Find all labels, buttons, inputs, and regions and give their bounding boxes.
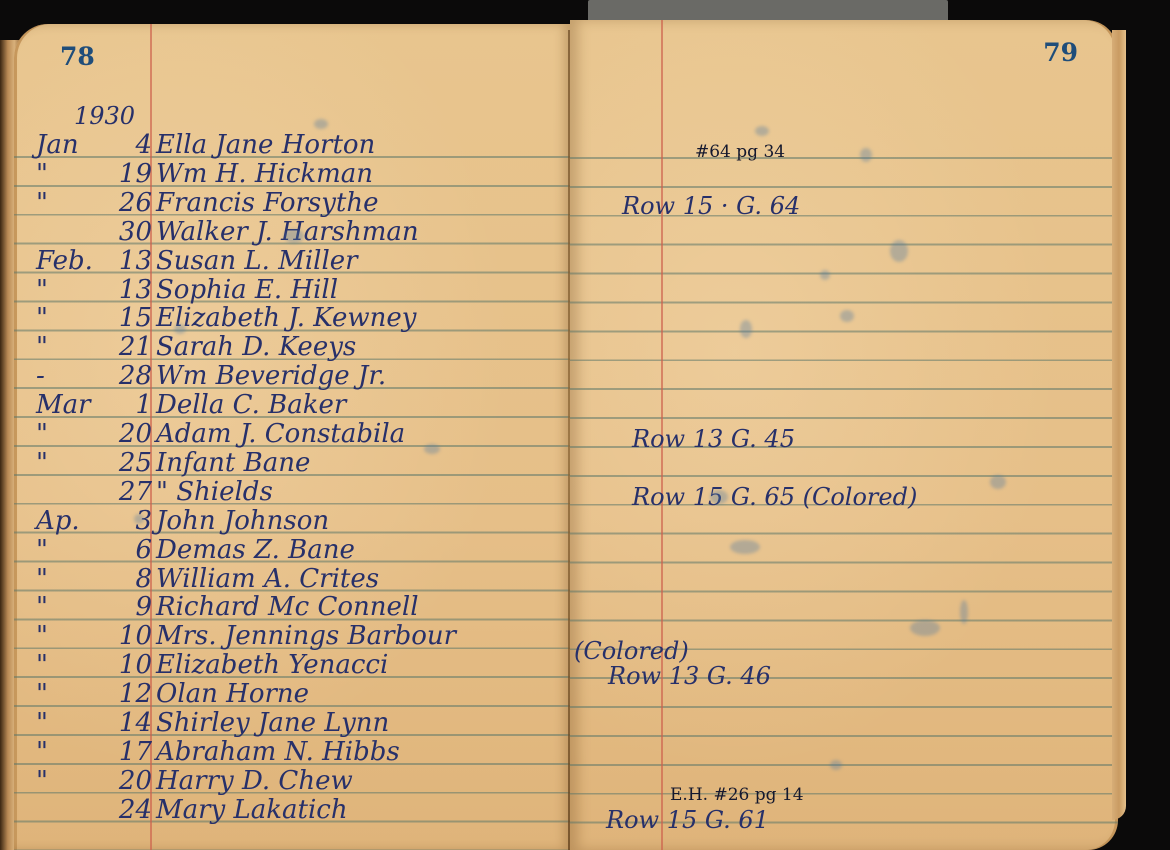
entry-day: 13	[92, 276, 152, 305]
entry-name: Harry D. Chew	[156, 767, 353, 796]
entry-day: 20	[92, 767, 152, 796]
entry-day: 24	[92, 796, 152, 825]
entry-name: Susan L. Miller	[156, 247, 358, 276]
grave-location-note: Row 15 G. 65 (Colored)	[632, 483, 917, 511]
grave-location-note: Row 13 G. 45	[632, 425, 795, 453]
entry-name: Infant Bane	[156, 449, 310, 478]
page-edges-right	[1112, 30, 1126, 820]
entry-day: 6	[92, 536, 152, 565]
entry-day: 21	[92, 333, 152, 362]
entry-day: 8	[92, 565, 152, 594]
page-number: 79	[1043, 38, 1078, 67]
background-object	[588, 0, 948, 22]
entry-name: Sophia E. Hill	[156, 276, 338, 305]
grave-location-note: Row 15 · G. 64	[622, 192, 800, 220]
entry-name: Elizabeth Yenacci	[156, 651, 388, 680]
entry-name: Sarah D. Keeys	[156, 333, 356, 362]
annotation-colored: (Colored)	[574, 637, 689, 665]
entry-day: 10	[92, 622, 152, 651]
entry-name: Abraham N. Hibbs	[156, 738, 400, 767]
entry-day: 20	[92, 420, 152, 449]
entry-day: 9	[92, 593, 152, 622]
entry-name: Elizabeth J. Kewney	[156, 304, 416, 333]
ledger-page-right: 79 #64 pg 34 Row 15 · G. 64 Row 13 G. 45…	[570, 20, 1118, 850]
entry-name: Ella Jane Horton	[156, 131, 375, 160]
entry-day: 27	[92, 478, 152, 507]
reference-note: #64 pg 34	[695, 142, 785, 162]
entry-name: Francis Forsythe	[156, 189, 379, 218]
entry-name: Demas Z. Bane	[156, 536, 355, 565]
entry-name: Wm Beveridge Jr.	[156, 362, 386, 391]
entry-day: 10	[92, 651, 152, 680]
entry-day: 4	[92, 131, 152, 160]
entry-day: 14	[92, 709, 152, 738]
reference-note: E.H. #26 pg 14	[670, 785, 804, 805]
entry-day: 30	[92, 218, 152, 247]
year-heading: 1930	[74, 102, 135, 130]
entry-name: John Johnson	[156, 507, 329, 536]
entry-day: 28	[92, 362, 152, 391]
page-number: 78	[60, 42, 95, 71]
entry-day: 17	[92, 738, 152, 767]
entry-name: William A. Crites	[156, 565, 379, 594]
entry-day: 15	[92, 304, 152, 333]
entry-name: Mrs. Jennings Barbour	[156, 622, 456, 651]
entry-name: Wm H. Hickman	[156, 160, 373, 189]
entry-name: Shirley Jane Lynn	[156, 709, 389, 738]
entry-day: 19	[92, 160, 152, 189]
entry-day: 1	[92, 391, 152, 420]
entry-name: Mary Lakatich	[156, 796, 348, 825]
grave-location-note: Row 15 G. 61	[606, 806, 769, 834]
grave-location-note: Row 13 G. 46	[608, 662, 771, 690]
entry-day: 25	[92, 449, 152, 478]
entry-day: 12	[92, 680, 152, 709]
ledger-page-left: 78 1930 Jan4Ella Jane Horton"19Wm H. Hic…	[14, 24, 570, 850]
entry-day: 26	[92, 189, 152, 218]
entry-day: 13	[92, 247, 152, 276]
entry-name: Adam J. Constabila	[156, 420, 405, 449]
entry-name: Richard Mc Connell	[156, 593, 419, 622]
entry-name: Olan Horne	[156, 680, 309, 709]
entry-name: Della C. Baker	[156, 391, 346, 420]
entry-name: " Shields	[156, 478, 273, 507]
